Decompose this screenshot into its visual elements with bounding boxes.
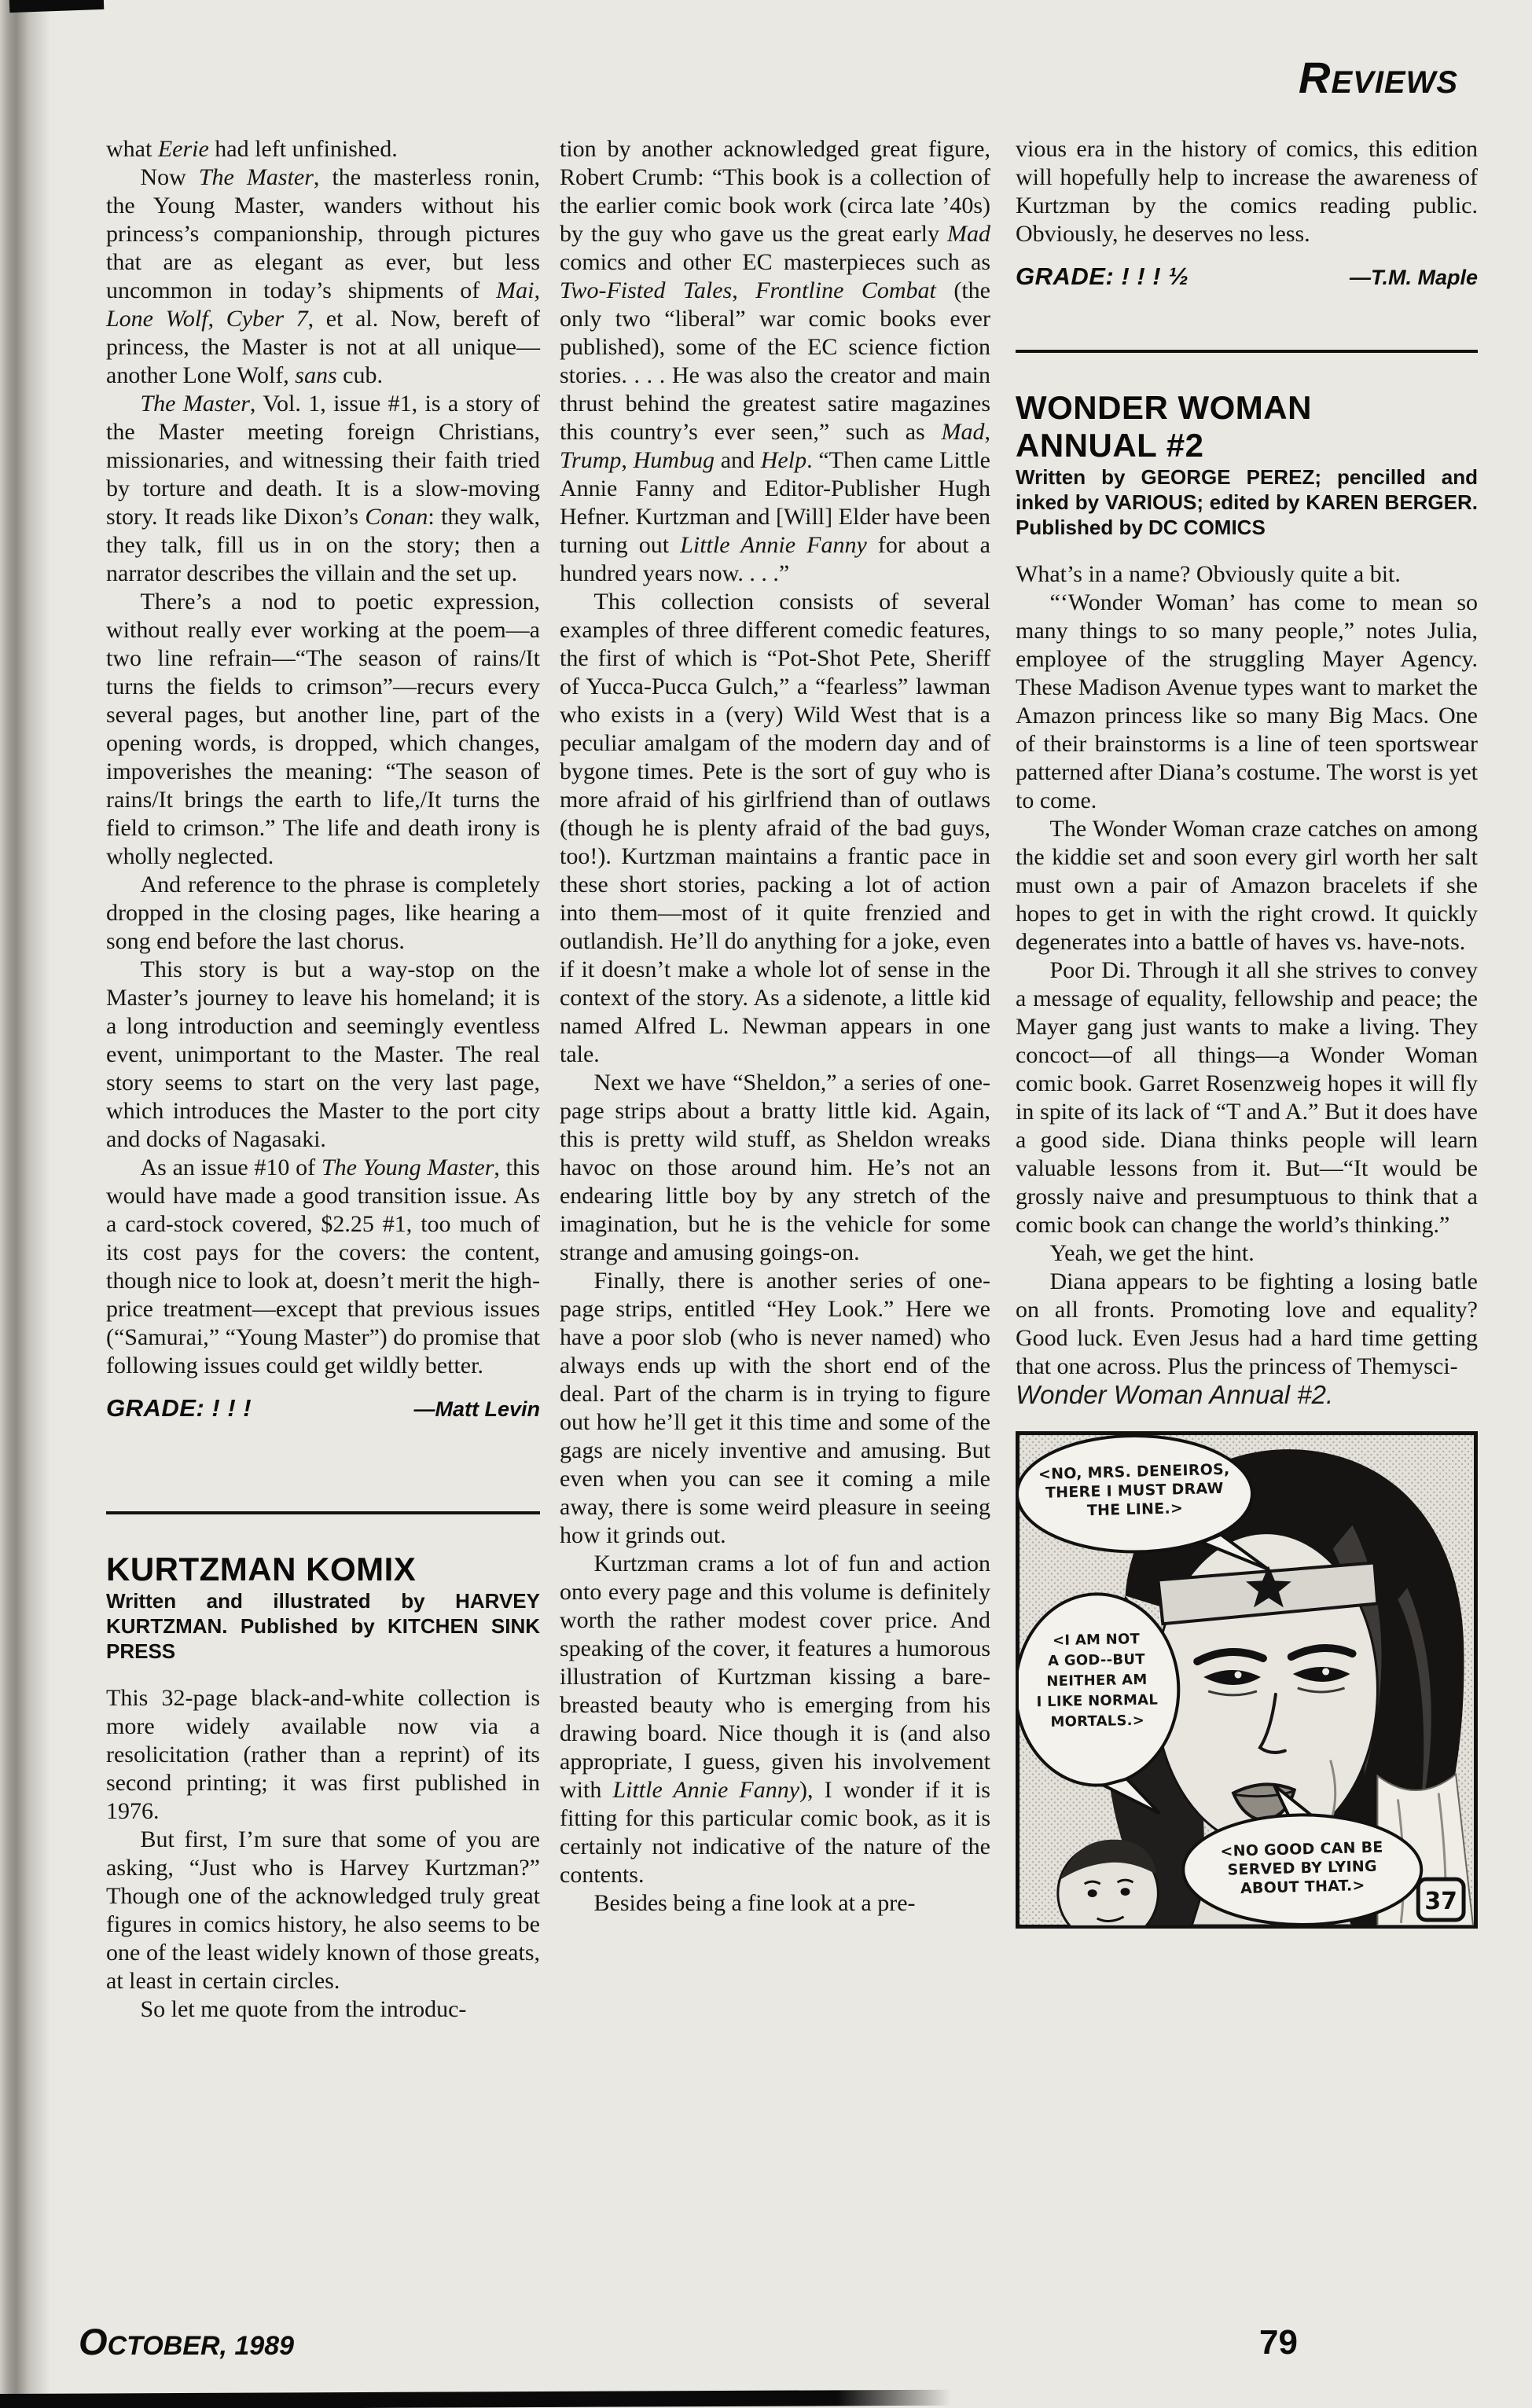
grade-row: GRADE: ! ! ! ½ —T.M. Maple xyxy=(1016,262,1478,292)
body-paragraph: The Master, Vol. 1, issue #1, is a story… xyxy=(106,390,540,588)
body-paragraph: The Wonder Woman craze catches on among … xyxy=(1016,815,1478,956)
body-paragraph: “‘Wonder Woman’ has come to mean so many… xyxy=(1016,589,1478,815)
column-1: what Eerie had left unfinished. Now The … xyxy=(106,135,540,2024)
body-paragraph: And reference to the phrase is completel… xyxy=(106,871,540,956)
reviewer-byline: —T.M. Maple xyxy=(1350,263,1478,292)
column-3: vious era in the history of comics, this… xyxy=(1016,135,1478,1929)
body-paragraph: This story is but a way-stop on the Mast… xyxy=(106,956,540,1154)
review-title-wonder-woman-annual-2: WONDER WOMAN ANNUAL #2 xyxy=(1016,389,1456,464)
body-paragraph: Besides being a fine look at a pre- xyxy=(560,1889,990,1918)
issue-date-initial: O xyxy=(79,2321,108,2362)
section-divider xyxy=(106,1511,540,1514)
section-divider xyxy=(1016,350,1478,353)
reviewer-byline: —Matt Levin xyxy=(413,1395,540,1423)
masthead-initial: R xyxy=(1299,53,1331,102)
speech-bubble-text: THE LINE.> xyxy=(1087,1499,1184,1519)
page-bottom-edge xyxy=(0,2390,951,2408)
grade-label: GRADE: ! ! ! ½ xyxy=(1016,262,1189,291)
speech-bubble-text: <I AM NOT xyxy=(1053,1631,1141,1649)
section-masthead: REVIEWS xyxy=(1299,52,1458,103)
body-paragraph: tion by another acknowledged great figur… xyxy=(560,135,990,588)
magazine-page: REVIEWS what Eerie had left unfinished. … xyxy=(0,0,1532,2408)
grade-row: GRADE: ! ! ! —Matt Levin xyxy=(106,1394,540,1423)
binding-shadow xyxy=(0,0,50,2408)
body-paragraph: Yeah, we get the hint. xyxy=(1016,1239,1478,1268)
body-paragraph: vious era in the history of comics, this… xyxy=(1016,135,1478,248)
column-2: tion by another acknowledged great figur… xyxy=(560,135,990,1918)
issue-date-rest: CTOBER, 1989 xyxy=(108,2331,294,2361)
body-paragraph: As an issue #10 of The Young Master, thi… xyxy=(106,1154,540,1380)
page-corner-mark xyxy=(9,0,105,13)
speech-bubble-text: NEITHER AM xyxy=(1046,1672,1147,1690)
body-paragraph: This collection consists of several exam… xyxy=(560,588,990,1069)
masthead-rest: EVIEWS xyxy=(1331,65,1458,100)
image-caption: Wonder Woman Annual #2. xyxy=(1016,1381,1478,1409)
review-title-kurtzman-komix: KURTZMAN KOMIX xyxy=(106,1551,540,1588)
grade-label: GRADE: ! ! ! xyxy=(106,1394,252,1422)
panel-number: 37 xyxy=(1424,1888,1457,1915)
speech-bubble-text: I LIKE NORMAL xyxy=(1037,1692,1159,1711)
body-paragraph: Kurtzman crams a lot of fun and action o… xyxy=(560,1550,990,1889)
body-paragraph: what Eerie had left unfinished. xyxy=(106,135,540,163)
review-credits: Written and illustrated by HARVEY KURTZM… xyxy=(106,1588,540,1664)
review-credits: Written by GEORGE PEREZ; pencilled and i… xyxy=(1016,464,1478,540)
body-paragraph: So let me quote from the introduc- xyxy=(106,1995,540,2024)
speech-bubble-text: ABOUT THAT.> xyxy=(1240,1877,1365,1897)
body-paragraph: Finally, there is another series of one-… xyxy=(560,1267,990,1550)
body-paragraph: Next we have “Sheldon,” a series of one-… xyxy=(560,1069,990,1267)
speech-bubble-text: MORTALS.> xyxy=(1050,1712,1144,1731)
body-paragraph: Now The Master, the masterless ronin, th… xyxy=(106,163,540,390)
body-paragraph: What’s in a name? Obviously quite a bit. xyxy=(1016,560,1478,589)
body-paragraph: But first, I’m sure that some of you are… xyxy=(106,1826,540,1995)
page-number: 79 xyxy=(1259,2323,1298,2362)
speech-bubble-text: A GOD--BUT xyxy=(1048,1651,1145,1669)
panel-number-box: 37 xyxy=(1418,1879,1464,1920)
body-paragraph: Diana appears to be fighting a losing ba… xyxy=(1016,1268,1478,1381)
comic-panel-image: <NO, MRS. DENEIROS, THERE I MUST DRAW TH… xyxy=(1016,1431,1478,1929)
body-paragraph: There’s a nod to poetic expression, with… xyxy=(106,588,540,871)
body-paragraph: This 32-page black-and-white collection … xyxy=(106,1684,540,1826)
issue-date: OCTOBER, 1989 xyxy=(79,2320,294,2363)
body-paragraph: Poor Di. Through it all she strives to c… xyxy=(1016,956,1478,1239)
